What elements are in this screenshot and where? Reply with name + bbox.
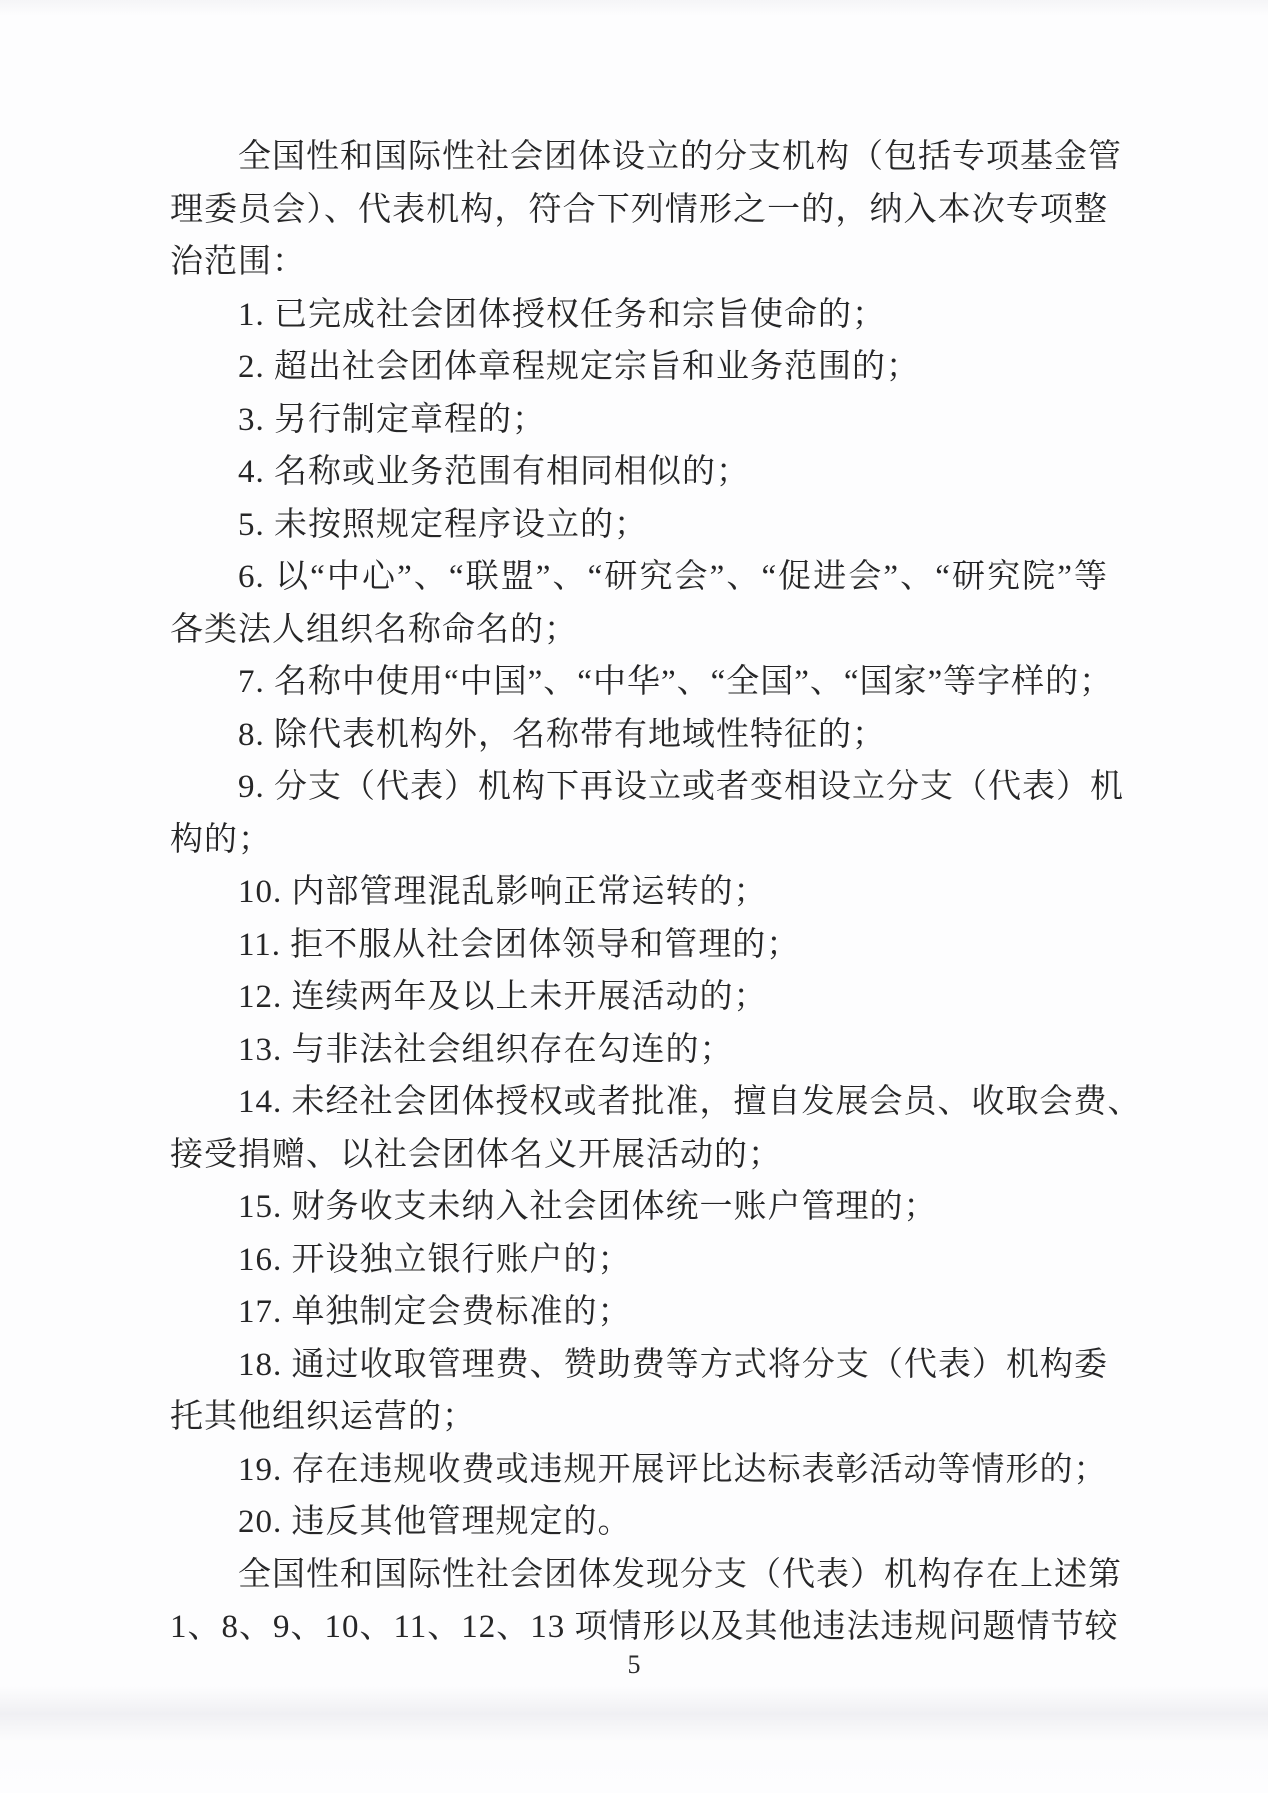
list-item-15: 15. 财务收支未纳入社会团体统一账户管理的； <box>170 1181 1108 1234</box>
list-item-8: 8. 除代表机构外，名称带有地域性特征的； <box>170 709 1108 762</box>
list-item-16: 16. 开设独立银行账户的； <box>170 1234 1108 1287</box>
list-item-18: 18. 通过收取管理费、赞助费等方式将分支（代表）机构委 <box>170 1339 1108 1392</box>
closing-paragraph-line: 全国性和国际性社会团体发现分支（代表）机构存在上述第 <box>170 1549 1108 1602</box>
list-item-12: 12. 连续两年及以上未开展活动的； <box>170 971 1108 1024</box>
list-item-13: 13. 与非法社会组织存在勾连的； <box>170 1024 1108 1077</box>
list-item-14-continued: 接受捐赠、以社会团体名义开展活动的； <box>170 1129 1108 1182</box>
list-item-18-continued: 托其他组织运营的； <box>170 1391 1108 1444</box>
list-item-4: 4. 名称或业务范围有相同相似的； <box>170 446 1108 499</box>
text-column: 全国性和国际性社会团体设立的分支机构（包括专项基金管 理委员会）、代表机构，符合… <box>170 131 1108 1654</box>
list-item-19: 19. 存在违规收费或违规开展评比达标表彰活动等情形的； <box>170 1444 1108 1497</box>
document-page: 全国性和国际性社会团体设立的分支机构（包括专项基金管 理委员会）、代表机构，符合… <box>0 0 1268 1793</box>
list-item-11: 11. 拒不服从社会团体领导和管理的； <box>170 919 1108 972</box>
list-item-14: 14. 未经社会团体授权或者批准，擅自发展会员、收取会费、 <box>170 1076 1108 1129</box>
list-item-6-continued: 各类法人组织名称命名的； <box>170 604 1108 657</box>
list-item-1: 1. 已完成社会团体授权任务和宗旨使命的； <box>170 289 1108 342</box>
text-line: 全国性和国际性社会团体设立的分支机构（包括专项基金管 <box>170 131 1108 184</box>
list-item-17: 17. 单独制定会费标准的； <box>170 1286 1108 1339</box>
list-item-6: 6. 以“中心”、“联盟”、“研究会”、“促进会”、“研究院”等 <box>170 551 1108 604</box>
list-item-20: 20. 违反其他管理规定的。 <box>170 1496 1108 1549</box>
list-item-7: 7. 名称中使用“中国”、“中华”、“全国”、“国家”等字样的； <box>170 656 1108 709</box>
page-number: 5 <box>0 1650 1268 1680</box>
list-item-3: 3. 另行制定章程的； <box>170 394 1108 447</box>
text-line: 治范围： <box>170 236 1108 289</box>
closing-paragraph-line: 1、8、9、10、11、12、13 项情形以及其他违法违规问题情节较 <box>170 1601 1108 1654</box>
text-line: 理委员会）、代表机构，符合下列情形之一的，纳入本次专项整 <box>170 184 1108 237</box>
list-item-2: 2. 超出社会团体章程规定宗旨和业务范围的； <box>170 341 1108 394</box>
list-item-9-continued: 构的； <box>170 814 1108 867</box>
list-item-10: 10. 内部管理混乱影响正常运转的； <box>170 866 1108 919</box>
list-item-5: 5. 未按照规定程序设立的； <box>170 499 1108 552</box>
list-item-9: 9. 分支（代表）机构下再设立或者变相设立分支（代表）机 <box>170 761 1108 814</box>
